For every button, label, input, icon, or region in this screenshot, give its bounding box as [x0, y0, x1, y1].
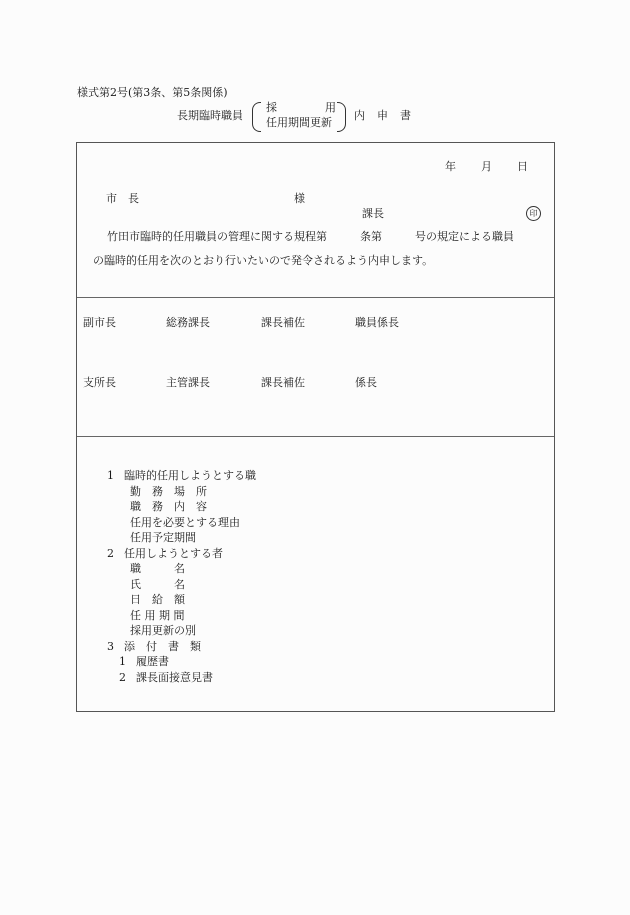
approver-assistant-chief: 課長補佐 — [261, 317, 305, 328]
item-number: 1 — [119, 656, 126, 667]
item-label: 採用更新の別 — [130, 625, 196, 636]
title-option-renewal: 任用期間更新 — [266, 117, 332, 128]
item-number: 2 — [119, 672, 126, 683]
date-month-label: 月 — [481, 161, 492, 172]
item-label: 任用予定期間 — [130, 532, 196, 543]
approver-responsible-chief: 主管課長 — [166, 377, 210, 388]
item-number: 2 — [107, 548, 114, 559]
form-box: 年 月 日 市 長 様 課長 印 竹田市臨時的任用職員の管理に関する規程第 条第… — [76, 142, 555, 712]
approver-assistant-chief-2: 課長補佐 — [261, 377, 305, 388]
item-label: 課長面接意見書 — [136, 672, 213, 683]
item-label: 臨時的任用しようとする職 — [124, 470, 256, 481]
right-bracket — [337, 102, 346, 132]
approver-branch-head: 支所長 — [83, 377, 116, 388]
approver-staff-section-head: 職員係長 — [355, 317, 399, 328]
seal-icon: 印 — [526, 206, 541, 221]
approver-deputy-mayor: 副市長 — [83, 317, 116, 328]
item-label: 任 用 期 間 — [130, 610, 185, 621]
body-line-1: 竹田市臨時的任用職員の管理に関する規程第 条第 号の規定による職員 — [107, 231, 514, 242]
item-label: 職 名 — [130, 563, 185, 574]
addressee: 市 長 — [106, 193, 139, 204]
section-divider — [77, 297, 554, 298]
approver-general-affairs-chief: 総務課長 — [166, 317, 210, 328]
item-number: 1 — [107, 470, 114, 481]
item-label: 勤 務 場 所 — [130, 486, 207, 497]
body-line-2: の臨時的任用を次のとおり行いたいので発令されるよう内申します。 — [93, 255, 433, 266]
item-label: 履歴書 — [136, 656, 169, 667]
approver-section-head: 係長 — [355, 377, 377, 388]
title-suffix: 内申書 — [354, 110, 423, 121]
date-day-label: 日 — [517, 161, 528, 172]
honorific: 様 — [294, 193, 305, 204]
section-divider — [77, 436, 554, 437]
item-label: 氏 名 — [130, 579, 185, 590]
form-number: 様式第2号(第3条、第5条関係) — [77, 87, 228, 98]
item-number: 3 — [107, 641, 114, 652]
title-prefix: 長期臨時職員 — [177, 110, 243, 121]
item-label: 日 給 額 — [130, 594, 185, 605]
item-label: 任用しようとする者 — [124, 548, 223, 559]
date-year-label: 年 — [445, 161, 456, 172]
item-label: 職 務 内 容 — [130, 501, 207, 512]
sender-title: 課長 — [362, 208, 384, 219]
item-label: 任用を必要とする理由 — [130, 517, 240, 528]
item-label: 添 付 書 類 — [124, 641, 201, 652]
left-bracket — [252, 102, 261, 132]
